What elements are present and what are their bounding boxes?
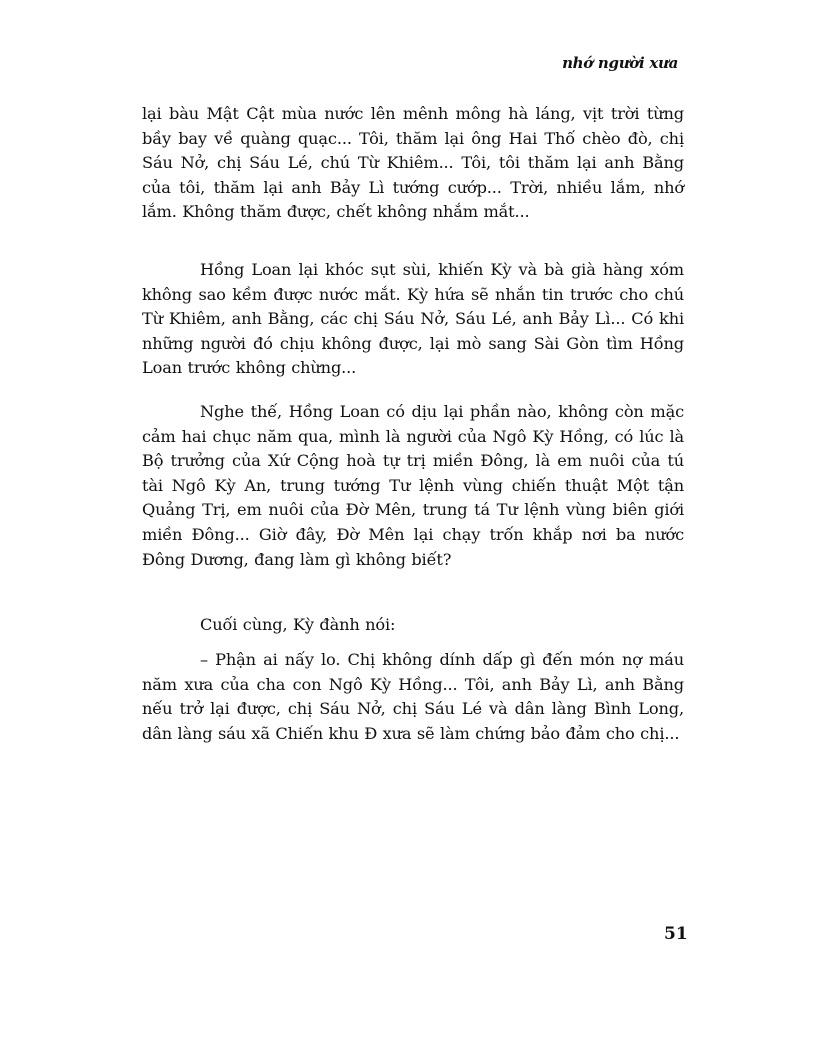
running-head-title: nhớ người xưa (562, 54, 678, 72)
paragraph-hong-loan-cries: Hồng Loan lại khóc sụt sùi, khiến Kỳ và … (142, 258, 684, 381)
paragraph-continuation: lại bàu Mật Cật mùa nước lên mênh mông h… (142, 102, 684, 225)
paragraph-dialogue: – Phận ai nấy lo. Chị không dính dấp gì … (142, 648, 684, 746)
paragraph-nghe-the: Nghe thế, Hồng Loan có dịu lại phần nào,… (142, 400, 684, 572)
page-number: 51 (664, 924, 688, 944)
book-page: nhớ người xưa lại bàu Mật Cật mùa nước l… (0, 0, 816, 1056)
paragraph-cuoi-cung: Cuối cùng, Kỳ đành nói: (142, 613, 684, 638)
